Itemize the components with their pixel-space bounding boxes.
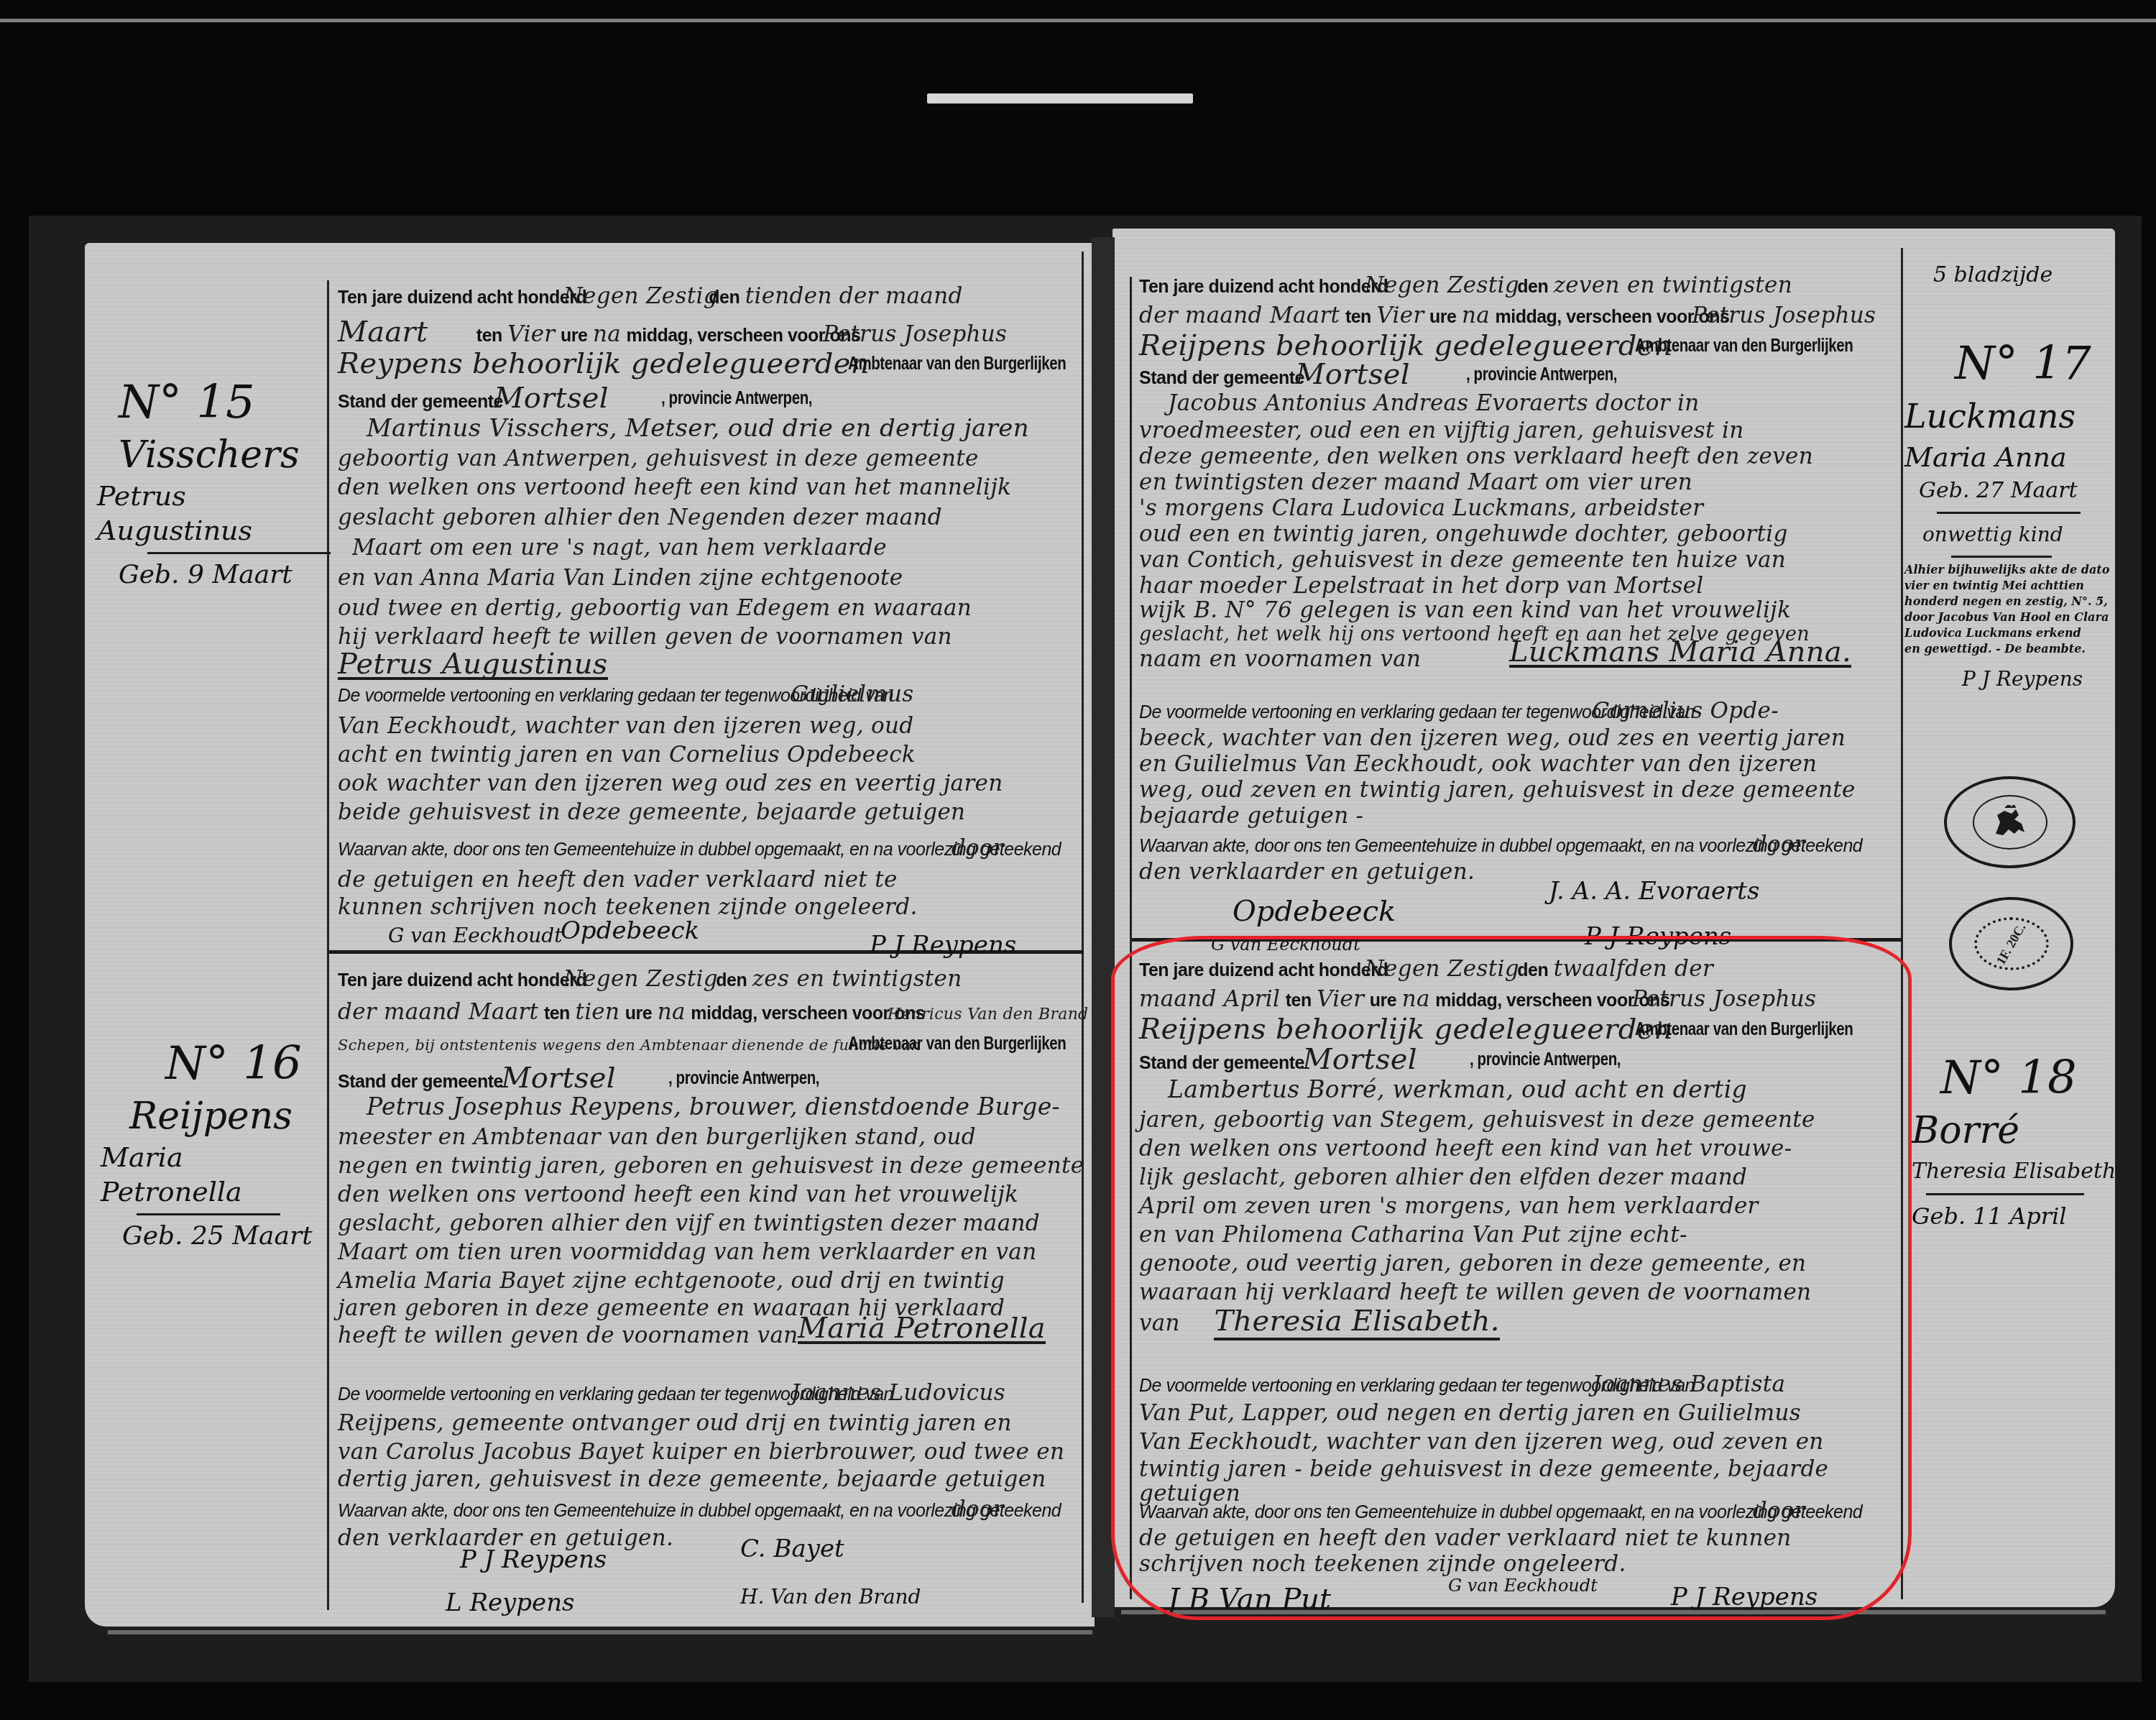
margin-rule bbox=[147, 552, 331, 554]
film-label-strip bbox=[927, 93, 1193, 104]
signature: L Reypens bbox=[446, 1588, 575, 1617]
margin-rule bbox=[137, 1213, 280, 1215]
birth-entry-16: Ten jare duizend acht honderd Negen Zest… bbox=[338, 956, 1078, 1603]
scan-edge-line bbox=[0, 19, 2156, 22]
child-name: Luckmans Maria Anna. bbox=[1509, 639, 1851, 668]
signature: P J Reypens bbox=[870, 931, 1016, 960]
left-outer-rule bbox=[1082, 252, 1084, 1603]
margin-rule bbox=[1926, 1193, 2084, 1195]
signature: Opdebeeck bbox=[561, 916, 699, 945]
page-edge bbox=[108, 1630, 1092, 1634]
signature: P J Reypens bbox=[1962, 663, 2113, 696]
margin-rule bbox=[1937, 512, 2081, 514]
margin-summary-18: N° 18 Borré Theresia Elisabeth Geb. 11 A… bbox=[1912, 1049, 2120, 1233]
margin-summary-15: N° 15 Visschers Petrus Augustinus Geb. 9… bbox=[119, 374, 327, 592]
left-margin-rule bbox=[327, 280, 329, 1610]
signature: P J Reypens bbox=[460, 1545, 607, 1574]
margin-rule bbox=[1951, 556, 2052, 558]
margin-summary-17: 5 bladzijde N° 17 Luckmans Maria Anna Ge… bbox=[1904, 259, 2113, 696]
child-name: Maria Petronella bbox=[798, 1315, 1046, 1344]
child-name: Petrus Augustinus bbox=[338, 651, 608, 680]
signature: C. Bayet bbox=[740, 1535, 844, 1563]
extraordinary-stamp bbox=[1944, 776, 2076, 868]
signature: H. Van den Brand bbox=[740, 1585, 921, 1609]
signature: G van Eeckhoudt bbox=[388, 924, 562, 947]
signature: J. A. A. Evoraerts bbox=[1549, 877, 1759, 906]
birth-entry-17: Ten jare duizend acht honderd Negen Zest… bbox=[1139, 262, 1894, 934]
legitimation-note: Alhier bijhuwelijks akte de dato vier en… bbox=[1904, 562, 2113, 657]
red-highlight-box bbox=[1111, 936, 1912, 1620]
dimension-stamp: 1F. 20C. bbox=[1949, 897, 2073, 990]
margin-summary-16: N° 16 Reijpens Maria Petronella Geb. 25 … bbox=[122, 1035, 331, 1253]
signature: Opdebeeck bbox=[1233, 895, 1396, 928]
lion-icon bbox=[1990, 805, 2030, 840]
birth-entry-15: Ten jare duizend acht honderd Negen Zest… bbox=[338, 273, 1078, 949]
